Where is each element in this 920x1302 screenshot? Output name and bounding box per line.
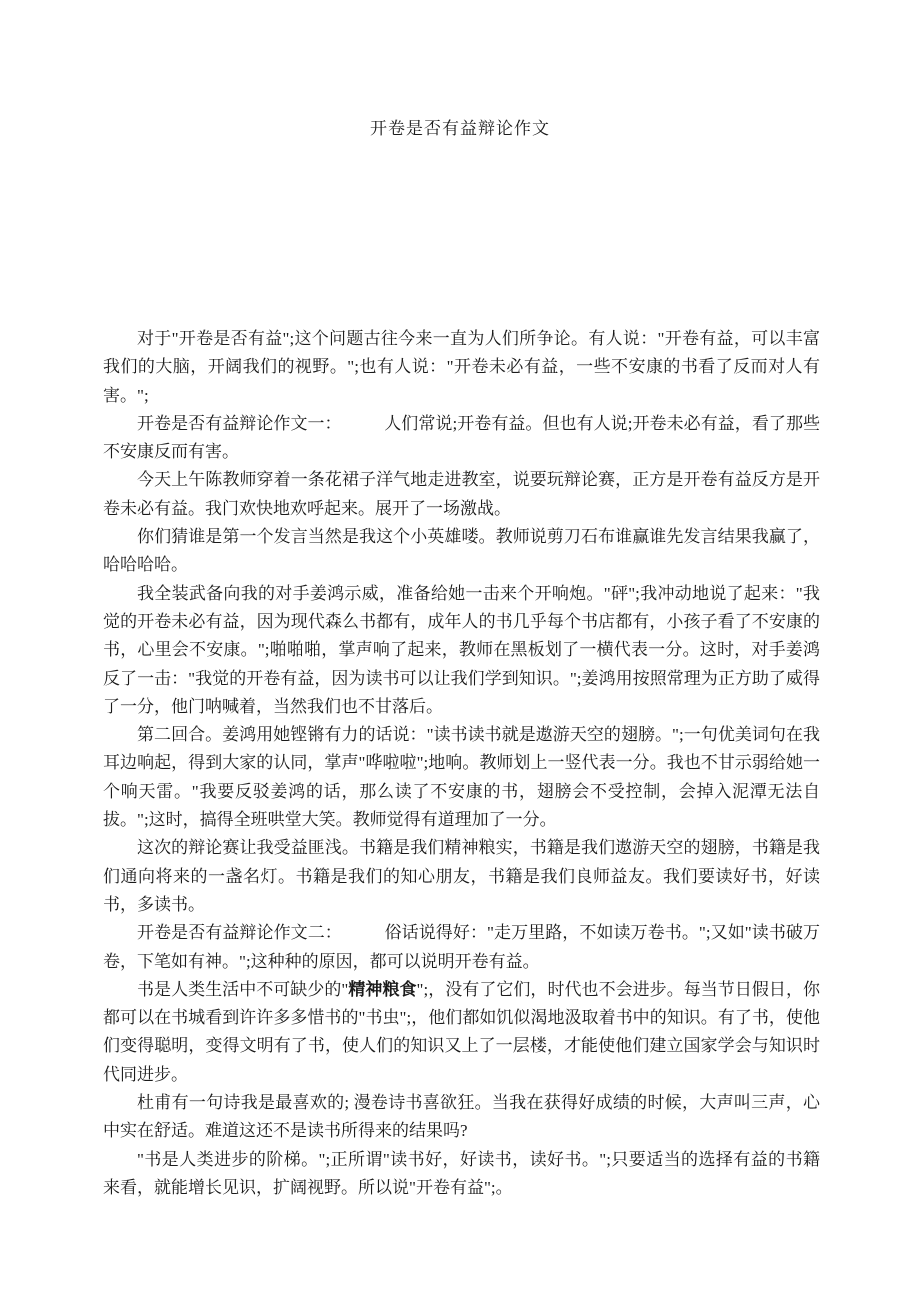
text-run: 杜甫有一句诗我是最喜欢的; 漫卷诗书喜欲狂。当我在获得好成绩的时候，大声叫三声，…: [103, 1093, 820, 1140]
paragraph: "书是人类进步的阶梯。";正所谓"读书好，好读书，读好书。";只要适当的选择有益…: [103, 1146, 820, 1203]
paragraph: 我全装武备向我的对手姜鸿示威，准备给她一击来个开响炮。"砰";我冲动地说了起来：…: [103, 580, 820, 721]
text-run: 开卷是否有益辩论作文二： 俗话说得好："走万里路，不如读万卷书。";又如"读书破…: [103, 923, 820, 970]
document-body: 对于"开卷是否有益";这个问题古往今来一直为人们所争论。有人说："开卷有益，可以…: [0, 325, 920, 1202]
document-title: 开卷是否有益辩论作文: [0, 0, 920, 141]
text-run: 开卷是否有益辩论作文一： 人们常说;开卷有益。但也有人说;开卷未必有益，看了那些…: [103, 414, 820, 461]
bold-text-run: 精神粮食: [348, 980, 416, 999]
text-run: 这次的辩论赛让我受益匪浅。书籍是我们精神粮实，书籍是我们遨游天空的翅膀，书籍是我…: [103, 838, 820, 914]
paragraph: 你们猜谁是第一个发言当然是我这个小英雄喽。教师说剪刀石布谁赢谁先发言结果我赢了，…: [103, 523, 820, 580]
paragraph: 开卷是否有益辩论作文二： 俗话说得好："走万里路，不如读万卷书。";又如"读书破…: [103, 919, 820, 976]
text-run: 对于"开卷是否有益";这个问题古往今来一直为人们所争论。有人说："开卷有益，可以…: [103, 329, 820, 405]
text-run: 今天上午陈教师穿着一条花裙子洋气地走进教室，说要玩辩论赛，正方是开卷有益反方是开…: [103, 470, 820, 517]
text-run: "书是人类进步的阶梯。";正所谓"读书好，好读书，读好书。";只要适当的选择有益…: [103, 1150, 820, 1197]
paragraph: 第二回合。姜鸿用她铿锵有力的话说："读书读书就是遨游天空的翅膀。";一句优美词句…: [103, 721, 820, 834]
paragraph: 这次的辩论赛让我受益匪浅。书籍是我们精神粮实，书籍是我们遨游天空的翅膀，书籍是我…: [103, 834, 820, 919]
text-run: 你们猜谁是第一个发言当然是我这个小英雄喽。教师说剪刀石布谁赢谁先发言结果我赢了，…: [103, 527, 820, 574]
paragraph: 今天上午陈教师穿着一条花裙子洋气地走进教室，说要玩辩论赛，正方是开卷有益反方是开…: [103, 466, 820, 523]
paragraph: 书是人类生活中不可缺少的"精神粮食";，没有了它们，时代也不会进步。每当节日假日…: [103, 976, 820, 1089]
text-run: 书是人类生活中不可缺少的": [137, 980, 348, 999]
document-page: 开卷是否有益辩论作文 对于"开卷是否有益";这个问题古往今来一直为人们所争论。有…: [0, 0, 920, 1302]
paragraph: 开卷是否有益辩论作文一： 人们常说;开卷有益。但也有人说;开卷未必有益，看了那些…: [103, 410, 820, 467]
text-run: 第二回合。姜鸿用她铿锵有力的话说："读书读书就是遨游天空的翅膀。";一句优美词句…: [103, 725, 820, 829]
text-run: 我全装武备向我的对手姜鸿示威，准备给她一击来个开响炮。"砰";我冲动地说了起来：…: [103, 584, 820, 716]
paragraph: 对于"开卷是否有益";这个问题古往今来一直为人们所争论。有人说："开卷有益，可以…: [103, 325, 820, 410]
paragraph: 杜甫有一句诗我是最喜欢的; 漫卷诗书喜欲狂。当我在获得好成绩的时候，大声叫三声，…: [103, 1089, 820, 1146]
